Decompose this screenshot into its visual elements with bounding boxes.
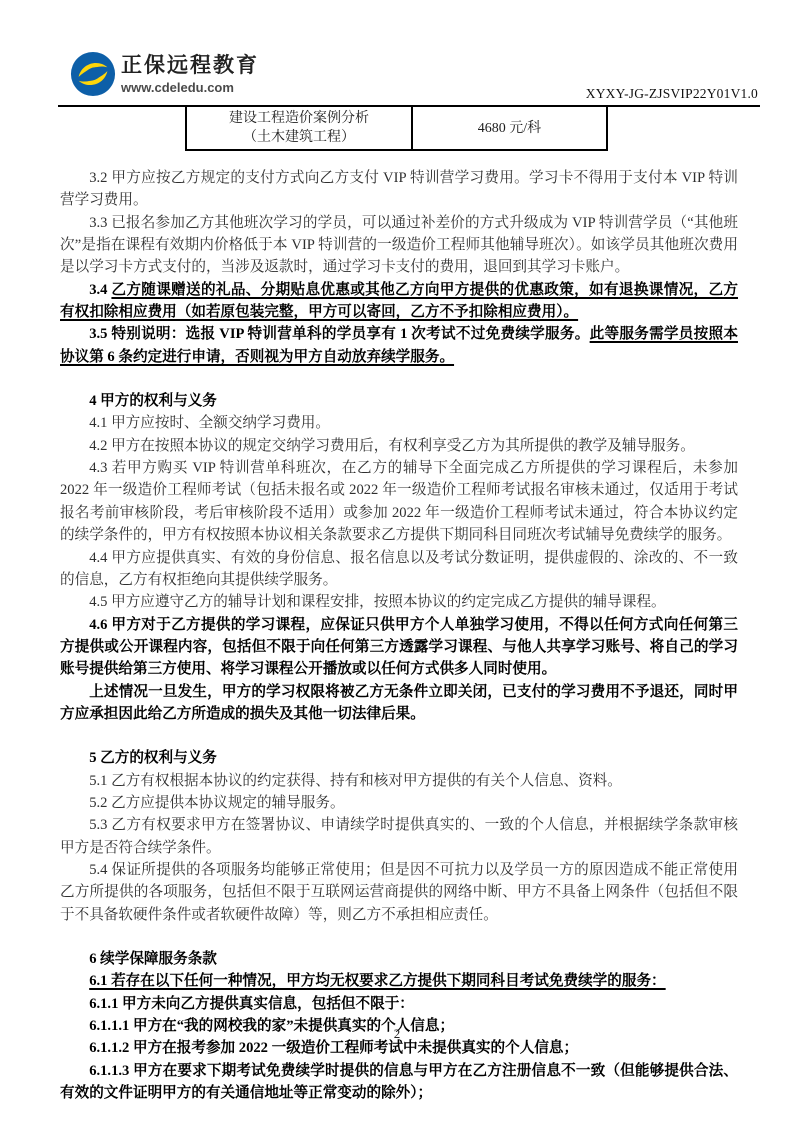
brand-logo-icon <box>70 51 116 97</box>
course-price: 4680 元/科 <box>478 119 541 138</box>
text-run: 上述情况一旦发生，甲方的学习权限将被乙方无条件立即关闭，已支付的学习费用不予退还… <box>60 684 738 722</box>
text-run: 6.1 若存在以下任何一种情况，甲方均无权要求乙方提供下期同科目考试免费续学的服… <box>89 973 665 989</box>
text-run: 4.3 若甲方购买 VIP 特训营单科班次，在乙方的辅导下全面完成乙方所提供的学… <box>60 460 738 543</box>
document-page: 正保远程教育 www.cdeledu.com XYXY-JG-ZJSVIP22Y… <box>0 0 794 1123</box>
clause-paragraph: 3.3 已报名参加乙方其他班次学习的学员，可以通过补差价的方式升级成为 VIP … <box>60 212 738 279</box>
clause-paragraph: 4.3 若甲方购买 VIP 特训营单科班次，在乙方的辅导下全面完成乙方所提供的学… <box>60 457 738 546</box>
course-name-cell: 建设工程造价案例分析 （土木建筑工程） <box>187 107 413 149</box>
text-run: 4.4 甲方应提供真实、有效的身份信息、报名信息以及考试分数证明，提供虚假的、涂… <box>60 550 738 588</box>
text-run: 5.4 保证所提供的各项服务均能够正常使用；但是因不可抗力以及学员一方的原因造成… <box>60 862 738 923</box>
clause-paragraph: 4.5 甲方应遵守乙方的辅导计划和课程安排，按照本协议的约定完成乙方提供的辅导课… <box>60 591 738 613</box>
text-run: 5 乙方的权利与义务 <box>89 750 217 766</box>
text-run: 6.1.1 甲方未向乙方提供真实信息，包括但不限于： <box>89 996 414 1012</box>
text-run: 4 甲方的权利与义务 <box>89 393 217 409</box>
clause-paragraph: 5.2 乙方应提供本协议规定的辅导服务。 <box>60 792 738 814</box>
text-run: 6 续学保障服务条款 <box>89 951 217 967</box>
text-run: 3.5 特别说明：选报 VIP 特训营单科的学员享有 1 次考试不过免费续学服务… <box>89 326 589 342</box>
clause-paragraph: 5.4 保证所提供的各项服务均能够正常使用；但是因不可抗力以及学员一方的原因造成… <box>60 859 738 926</box>
text-run: 4.1 甲方应按时、全额交纳学习费用。 <box>89 415 330 431</box>
text-run: 4.5 甲方应遵守乙方的辅导计划和课程安排，按照本协议的约定完成乙方提供的辅导课… <box>89 594 665 610</box>
text-run: 6.1.1.3 甲方在要求下期考试免费续学时提供的信息与甲方在乙方注册信息不一致… <box>60 1063 738 1101</box>
clause-paragraph: 5.3 乙方有权要求甲方在签署协议、申请续学时提供真实的、一致的个人信息，并根据… <box>60 814 738 859</box>
document-code: XYXY-JG-ZJSVIP22Y01V1.0 <box>586 86 758 102</box>
clause-paragraph: 6.1 若存在以下任何一种情况，甲方均无权要求乙方提供下期同科目考试免费续学的服… <box>60 970 738 992</box>
clause-paragraph: 4.4 甲方应提供真实、有效的身份信息、报名信息以及考试分数证明，提供虚假的、涂… <box>60 547 738 592</box>
text-run: 3.4 <box>89 282 111 298</box>
text-run: 4.2 甲方在按照本协议的规定交纳学习费用后，有权利享受乙方为其所提供的教学及辅… <box>89 438 695 454</box>
course-name-line1: 建设工程造价案例分析 <box>229 109 369 128</box>
clause-paragraph: 4.6 甲方对于乙方提供的学习课程，应保证只供甲方个人单独学习使用，不得以任何方… <box>60 614 738 681</box>
text-run: 6.1.1.2 甲方在报考参加 2022 一级造价工程师考试中未提供真实的个人信… <box>89 1040 578 1056</box>
clause-paragraph: 4.2 甲方在按照本协议的规定交纳学习费用后，有权利享受乙方为其所提供的教学及辅… <box>60 435 738 457</box>
text-run: 5.1 乙方有权根据本协议的约定获得、持有和核对甲方提供的有关个人信息、资料。 <box>89 773 622 789</box>
clause-paragraph: 上述情况一旦发生，甲方的学习权限将被乙方无条件立即关闭，已支付的学习费用不予退还… <box>60 681 738 726</box>
brand-block: 正保远程教育 www.cdeledu.com <box>121 53 259 96</box>
course-name-line2: （土木建筑工程） <box>243 128 355 147</box>
document-body: 3.2 甲方应按乙方规定的支付方式向乙方支付 VIP 特训营学习费用。学习卡不得… <box>60 167 738 1104</box>
page-number: 2 <box>0 1026 794 1042</box>
text-run: 5.3 乙方有权要求甲方在签署协议、申请续学时提供真实的、一致的个人信息，并根据… <box>60 817 738 855</box>
clause-paragraph: 3.4 乙方随课赠送的礼品、分期贴息优惠或其他乙方向甲方提供的优惠政策，如有退换… <box>60 279 738 324</box>
brand-url: www.cdeledu.com <box>121 79 259 96</box>
text-run: 4.6 甲方对于乙方提供的学习课程，应保证只供甲方个人单独学习使用，不得以任何方… <box>60 617 738 678</box>
clause-paragraph: 4.1 甲方应按时、全额交纳学习费用。 <box>60 412 738 434</box>
course-price-table: 建设工程造价案例分析 （土木建筑工程） 4680 元/科 <box>185 107 608 151</box>
text-run: 乙方随课赠送的礼品、分期贴息优惠或其他乙方向甲方提供的优惠政策，如有退换课情况，… <box>60 282 738 320</box>
clause-paragraph: 6.1.1 甲方未向乙方提供真实信息，包括但不限于： <box>60 993 738 1015</box>
clause-paragraph: 5.1 乙方有权根据本协议的约定获得、持有和核对甲方提供的有关个人信息、资料。 <box>60 770 738 792</box>
section-heading: 5 乙方的权利与义务 <box>60 747 738 769</box>
text-run: 3.2 甲方应按乙方规定的支付方式向乙方支付 VIP 特训营学习费用。学习卡不得… <box>60 170 738 208</box>
course-price-cell: 4680 元/科 <box>413 107 606 149</box>
section-heading: 4 甲方的权利与义务 <box>60 390 738 412</box>
clause-paragraph: 6.1.1.3 甲方在要求下期考试免费续学时提供的信息与甲方在乙方注册信息不一致… <box>60 1060 738 1105</box>
clause-paragraph: 3.2 甲方应按乙方规定的支付方式向乙方支付 VIP 特训营学习费用。学习卡不得… <box>60 167 738 212</box>
text-run: 5.2 乙方应提供本协议规定的辅导服务。 <box>89 795 344 811</box>
text-run: 3.3 已报名参加乙方其他班次学习的学员，可以通过补差价的方式升级成为 VIP … <box>60 215 738 276</box>
clause-paragraph: 3.5 特别说明：选报 VIP 特训营单科的学员享有 1 次考试不过免费续学服务… <box>60 323 738 368</box>
brand-name: 正保远程教育 <box>121 53 259 79</box>
section-heading: 6 续学保障服务条款 <box>60 948 738 970</box>
